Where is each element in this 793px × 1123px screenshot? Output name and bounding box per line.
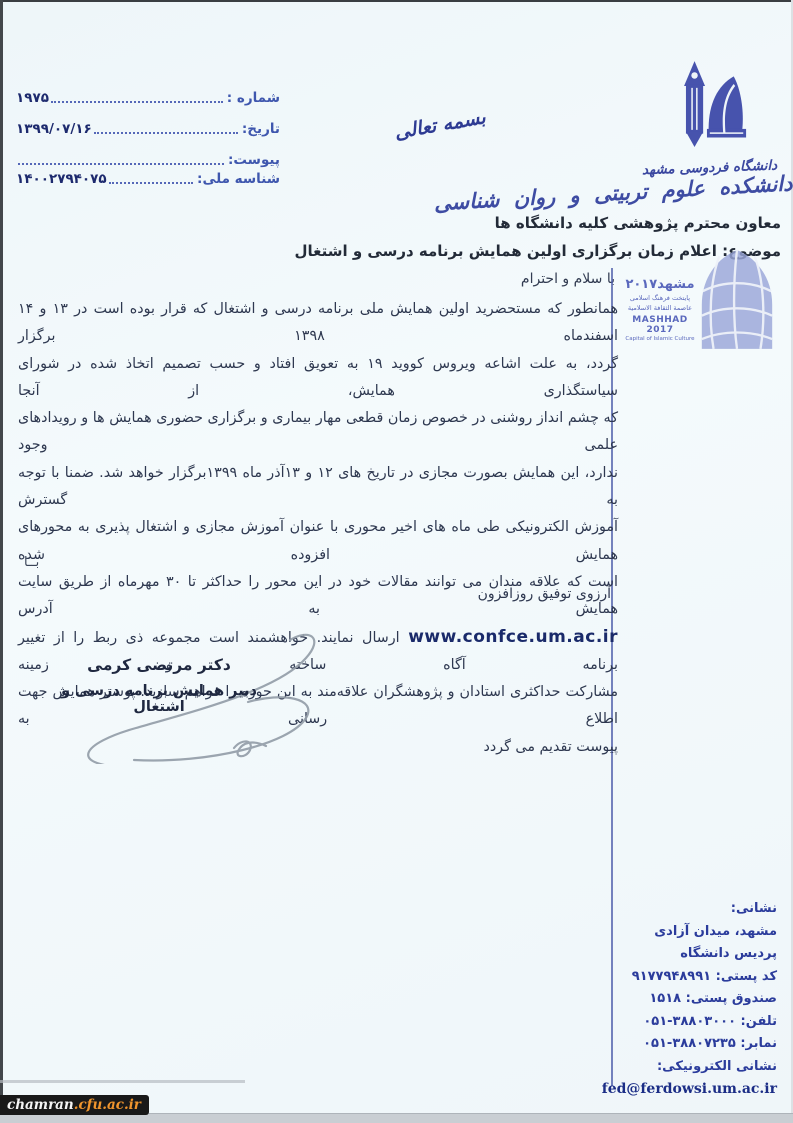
fax-label: نمابر: <box>740 1036 777 1051</box>
stamp-en-title: MASHHAD 2017 <box>618 315 702 335</box>
pen-dome-logo-icon <box>664 58 748 154</box>
dotted-leader <box>18 153 224 165</box>
body-line: آموزش الکترونیکی طی ماه های اخیر محوری ب… <box>18 514 618 569</box>
signer-title: دبیر همایش برنامه درسی و اشتغال <box>45 683 273 715</box>
scan-edge-left <box>0 0 3 1123</box>
contact-block: نشانی: مشهد، میدان آزادی پردیس دانشگاه ک… <box>602 898 777 1101</box>
field-attachment-label: پیوست: <box>228 152 280 168</box>
site-watermark: chamran.cfu.ac.ir <box>0 1095 149 1115</box>
body-line: گردد، به علت اشاعه ویروس کووید ۱۹ به تعو… <box>18 351 618 406</box>
signature-block: دکتر مرتضی کرمی دبیر همایش برنامه درسی و… <box>45 656 273 715</box>
stray-word: بــا <box>24 555 39 570</box>
field-date: تاریخ: ۱۳۹۹/۰۷/۱۶ <box>16 121 280 137</box>
body-line: که چشم انداز روشنی در خصوص زمان قطعی مها… <box>18 405 618 460</box>
scan-shadow-line <box>0 1080 245 1083</box>
phone-line: تلفن: ۰۵۱-۳۸۸۰۳۰۰۰ <box>602 1011 777 1034</box>
watermark-suffix: .cfu.ac.ir <box>74 1097 141 1113</box>
postal-code: کد پستی: ۹۱۷۷۹۴۸۹۹۱ <box>602 966 777 989</box>
bismillah-calligraphy: بسمه تعالی <box>379 104 501 147</box>
stamp-en-subtitle: Capital of Islamic Culture <box>618 336 702 342</box>
stamp-fa-subtitle: پایتخت فرهنگ اسلامی <box>618 294 702 302</box>
field-national-id: شناسه ملی: ۱۴۰۰۲۷۹۴۰۷۵ <box>16 171 280 187</box>
fax-line: نمابر: ۰۵۱-۳۸۸۰۷۲۳۵ <box>602 1033 777 1056</box>
field-date-label: تاریخ: <box>242 121 280 137</box>
address-line2: پردیس دانشگاه <box>602 943 777 966</box>
mashhad-2017-stamp-text: مشهد۲۰۱۷ پایتخت فرهنگ اسلامی عاصمة الثقا… <box>618 277 702 342</box>
field-national-id-label: شناسه ملی: <box>197 171 280 187</box>
dotted-leader <box>109 172 193 184</box>
stamp-ar-subtitle: عاصمة الثقافة الاسلامية <box>618 304 702 312</box>
dotted-leader <box>51 91 223 103</box>
university-logo: دانشگاه فردوسی مشهد <box>642 58 770 176</box>
salutation-line: با سلام و احترام <box>521 271 615 287</box>
header-fields: شماره : ۱۹۷۵ تاریخ: ۱۳۹۹/۰۷/۱۶ پیوست: شن… <box>16 90 280 187</box>
field-number-value: ۱۹۷۵ <box>16 90 49 106</box>
field-number: شماره : ۱۹۷۵ <box>16 90 280 106</box>
email-address: fed@ferdowsi.um.ac.ir <box>602 1078 777 1101</box>
field-date-value: ۱۳۹۹/۰۷/۱۶ <box>16 121 92 137</box>
scan-edge-top <box>0 0 793 2</box>
field-number-label: شماره : <box>227 90 280 106</box>
body-line: ندارد، این همایش بصورت مجازی در تاریخ ها… <box>18 460 618 515</box>
dotted-leader <box>94 122 238 134</box>
address-label: نشانی: <box>602 898 777 921</box>
closing-line: آرزوی توفیق روزافزون <box>478 586 611 602</box>
stamp-fa-title: مشهد۲۰۱۷ <box>618 277 702 292</box>
field-attachment: پیوست: <box>16 152 280 168</box>
phone-value: ۰۵۱-۳۸۸۰۳۰۰۰ <box>643 1011 736 1034</box>
po-box: صندوق پستی: ۱۵۱۸ <box>602 988 777 1011</box>
email-label: نشانی الکترونیکی: <box>602 1056 777 1079</box>
body-line: همانطور که مستحضرید اولین همایش ملی برنا… <box>18 296 618 351</box>
signer-name: دکتر مرتضی کرمی <box>45 656 273 674</box>
field-national-id-value: ۱۴۰۰۲۷۹۴۰۷۵ <box>16 171 107 187</box>
address-line1: مشهد، میدان آزادی <box>602 921 777 944</box>
conference-url: www.confce.um.ac.ir <box>408 627 618 647</box>
phone-label: تلفن: <box>741 1014 777 1029</box>
fax-value: ۰۵۱-۳۸۸۰۷۲۳۵ <box>643 1033 736 1056</box>
watermark-prefix: chamran <box>7 1097 74 1113</box>
recipient-line: معاون محترم پژوهشی کلیه دانشگاه ها <box>495 214 781 232</box>
mashhad-2017-stamp-dome-icon <box>694 247 780 353</box>
